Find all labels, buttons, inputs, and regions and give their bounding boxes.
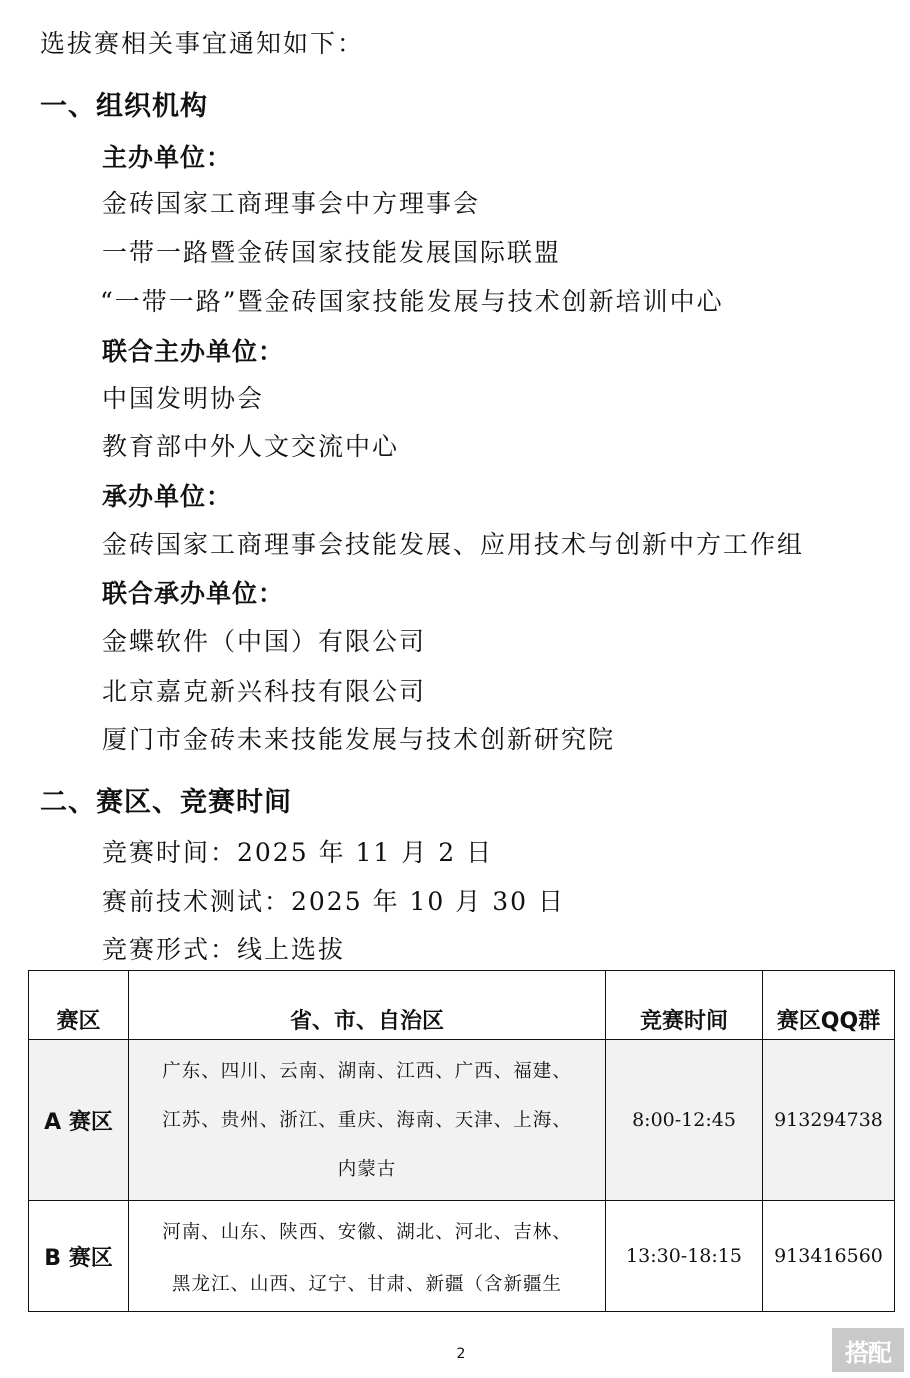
province-line: 江苏、贵州、浙江、重庆、海南、天津、上海、 [129,1096,605,1145]
section-heading-organization: 一、组织机构 [40,90,208,124]
co-organizer-item: 金蝶软件（中国）有限公司 [102,626,426,658]
header-qq: 赛区QQ群 [763,971,895,1040]
co-host-item: 中国发明协会 [102,383,264,415]
zone-provinces: 河南、山东、陕西、安徽、湖北、河北、吉林、 黑龙江、山西、辽宁、甘肃、新疆（含新… [129,1201,606,1312]
table-header-row: 赛区 省、市、自治区 竞赛时间 赛区QQ群 [29,971,895,1040]
zone-qq-group: 913416560 [763,1201,895,1312]
section-heading-zones-time: 二、赛区、竞赛时间 [40,786,292,820]
competition-format: 竞赛形式：线上选拔 [102,934,345,966]
organizer-item: 金砖国家工商理事会技能发展、应用技术与创新中方工作组 [102,529,804,561]
group-label-co-host: 联合主办单位： [102,336,284,368]
host-item: “一带一路”暨金砖国家技能发展与技术创新培训中心 [100,286,724,318]
host-item: 金砖国家工商理事会中方理事会 [102,188,480,220]
watermark-stamp-icon: 搭配 [832,1328,904,1372]
co-organizer-item: 北京嘉克新兴科技有限公司 [102,676,426,708]
province-line: 内蒙古 [129,1145,605,1194]
province-line: 广东、四川、云南、湖南、江西、广西、福建、 [129,1047,605,1096]
intro-text: 选拔赛相关事宜通知如下： [40,28,364,60]
page-number: 2 [0,1346,910,1362]
group-label-host: 主办单位： [102,142,232,174]
co-host-item: 教育部中外人文交流中心 [102,431,399,463]
zone-name: A 赛区 [29,1040,129,1201]
zone-time: 8:00-12:45 [606,1040,763,1201]
pre-test-date: 赛前技术测试：2025 年 10 月 30 日 [102,886,565,918]
competition-date: 竞赛时间：2025 年 11 月 2 日 [102,837,493,869]
group-label-organizer: 承办单位： [102,481,232,513]
host-item: 一带一路暨金砖国家技能发展国际联盟 [102,237,561,269]
zone-table: 赛区 省、市、自治区 竞赛时间 赛区QQ群 A 赛区 广东、四川、云南、湖南、江… [28,970,895,1312]
zone-qq-group: 913294738 [763,1040,895,1201]
province-line: 黑龙江、山西、辽宁、甘肃、新疆（含新疆生 [129,1259,605,1311]
header-zone: 赛区 [29,971,129,1040]
zone-time: 13:30-18:15 [606,1201,763,1312]
province-line: 河南、山东、陕西、安徽、湖北、河北、吉林、 [129,1207,605,1259]
header-time: 竞赛时间 [606,971,763,1040]
header-provinces: 省、市、自治区 [129,971,606,1040]
zone-name: B 赛区 [29,1201,129,1312]
stamp-text: 搭配 [845,1333,891,1368]
table-row: A 赛区 广东、四川、云南、湖南、江西、广西、福建、 江苏、贵州、浙江、重庆、海… [29,1040,895,1201]
table-row: B 赛区 河南、山东、陕西、安徽、湖北、河北、吉林、 黑龙江、山西、辽宁、甘肃、… [29,1201,895,1312]
zone-provinces: 广东、四川、云南、湖南、江西、广西、福建、 江苏、贵州、浙江、重庆、海南、天津、… [129,1040,606,1201]
group-label-co-organizer: 联合承办单位： [102,578,284,610]
co-organizer-item: 厦门市金砖未来技能发展与技术创新研究院 [102,724,615,756]
